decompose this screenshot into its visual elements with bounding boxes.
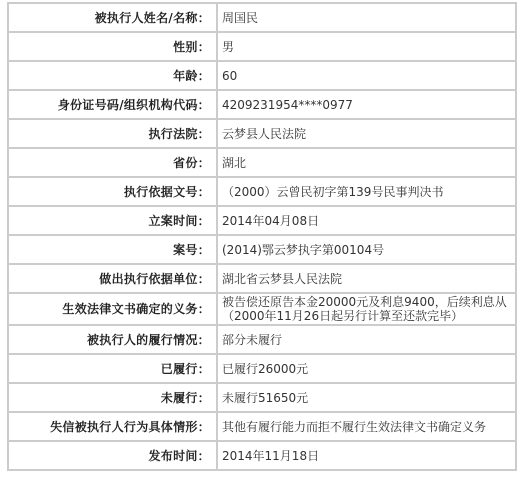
dishonest-debtor-detail-table: 被执行人姓名/名称： 周国民 性别： 男 年龄： 60 身份证号码/组织机构代码… [7,2,517,471]
value-basis-doc-number: （2000）云曾民初字第139号民事判决书 [217,177,516,206]
value-performed: 已履行26000元 [217,354,516,383]
label-dishonest-behavior: 失信被执行人行为具体情形： [8,412,217,441]
label-gender: 性别： [8,32,217,61]
label-executing-court: 执行法院： [8,119,217,148]
row-name: 被执行人姓名/名称： 周国民 [8,3,516,32]
value-province: 湖北 [217,148,516,177]
row-basis-issuing-unit: 做出执行依据单位： 湖北省云梦县人民法院 [8,264,516,293]
row-publish-date: 发布时间： 2014年11月18日 [8,441,516,470]
value-filing-date: 2014年04月08日 [217,206,516,235]
label-name: 被执行人姓名/名称： [8,3,217,32]
value-legal-obligation: 被告偿还原告本金20000元及利息9400，后续利息从 （2000年11月26日… [217,293,516,325]
row-age: 年龄： 60 [8,61,516,90]
value-unperformed: 未履行51650元 [217,383,516,412]
row-dishonest-behavior: 失信被执行人行为具体情形： 其他有履行能力而拒不履行生效法律文书确定义务 [8,412,516,441]
value-publish-date: 2014年11月18日 [217,441,516,470]
row-basis-doc-number: 执行依据文号： （2000）云曾民初字第139号民事判决书 [8,177,516,206]
label-performance-status: 被执行人的履行情况： [8,325,217,354]
value-case-number: (2014)鄂云梦执字第00104号 [217,235,516,264]
label-publish-date: 发布时间： [8,441,217,470]
label-province: 省份： [8,148,217,177]
label-age: 年龄： [8,61,217,90]
value-age: 60 [217,61,516,90]
value-performance-status: 部分未履行 [217,325,516,354]
row-province: 省份： 湖北 [8,148,516,177]
record-container: 被执行人姓名/名称： 周国民 性别： 男 年龄： 60 身份证号码/组织机构代码… [7,2,517,471]
value-id-number: 4209231954****0977 [217,90,516,119]
label-basis-doc-number: 执行依据文号： [8,177,217,206]
label-performed: 已履行： [8,354,217,383]
row-performance-status: 被执行人的履行情况： 部分未履行 [8,325,516,354]
row-executing-court: 执行法院： 云梦县人民法院 [8,119,516,148]
label-id-number: 身份证号码/组织机构代码： [8,90,217,119]
value-executing-court: 云梦县人民法院 [217,119,516,148]
value-dishonest-behavior: 其他有履行能力而拒不履行生效法律文书确定义务 [217,412,516,441]
row-gender: 性别： 男 [8,32,516,61]
row-unperformed: 未履行： 未履行51650元 [8,383,516,412]
label-basis-issuing-unit: 做出执行依据单位： [8,264,217,293]
label-unperformed: 未履行： [8,383,217,412]
row-legal-obligation: 生效法律文书确定的义务： 被告偿还原告本金20000元及利息9400，后续利息从… [8,293,516,325]
row-id-number: 身份证号码/组织机构代码： 4209231954****0977 [8,90,516,119]
row-case-number: 案号： (2014)鄂云梦执字第00104号 [8,235,516,264]
label-legal-obligation: 生效法律文书确定的义务： [8,293,217,325]
value-gender: 男 [217,32,516,61]
value-name: 周国民 [217,3,516,32]
label-case-number: 案号： [8,235,217,264]
row-performed: 已履行： 已履行26000元 [8,354,516,383]
row-filing-date: 立案时间： 2014年04月08日 [8,206,516,235]
label-filing-date: 立案时间： [8,206,217,235]
legal-obligation-line-1: 被告偿还原告本金20000元及利息9400，后续利息从 [222,295,511,309]
value-basis-issuing-unit: 湖北省云梦县人民法院 [217,264,516,293]
legal-obligation-line-2: （2000年11月26日起另行计算至还款完毕） [222,309,511,323]
